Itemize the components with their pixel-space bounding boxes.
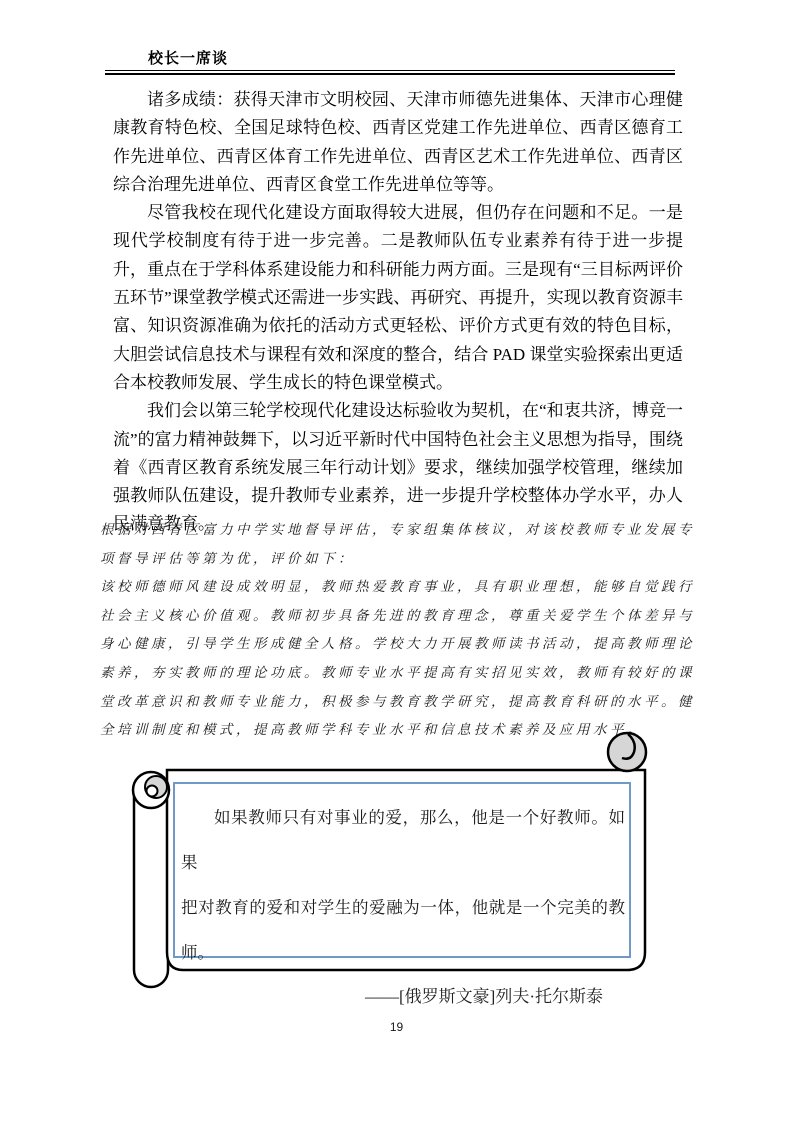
quote-attribution: ——[俄罗斯文豪]列夫·托尔斯泰 xyxy=(175,976,629,1018)
scroll-curl-top-left-inner xyxy=(147,786,158,797)
scroll-rod xyxy=(134,788,168,987)
quote-box: 如果教师只有对事业的爱，那么，他是一个好教师。如果 把对教育的爱和对学生的爱融为… xyxy=(173,782,631,958)
page-number: 19 xyxy=(0,1020,793,1034)
document-page: 校长一席谈 诸多成绩：获得天津市文明校园、天津市师德先进集体、天津市心理健康教育… xyxy=(0,0,793,1122)
quote-line-1: 如果教师只有对事业的爱，那么，他是一个好教师。如果 xyxy=(175,784,629,886)
quote-line-2: 把对教育的爱和对学生的爱融为一体，他就是一个完美的教师。 xyxy=(175,886,629,976)
scroll-curl-top-right xyxy=(608,733,646,771)
